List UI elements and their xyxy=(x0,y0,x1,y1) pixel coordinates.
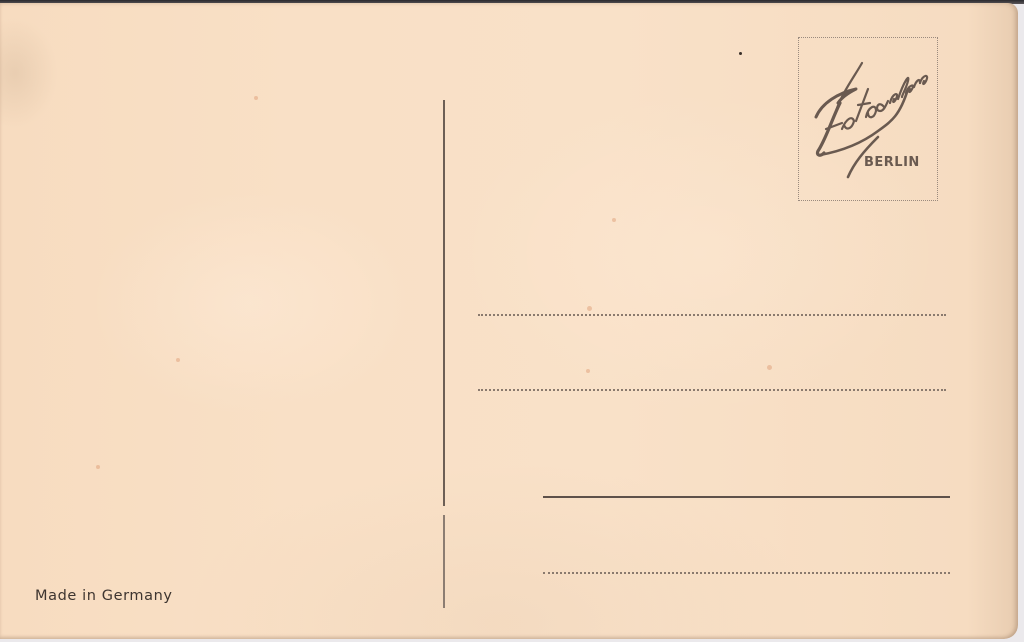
center-divider-line-lower xyxy=(443,515,445,608)
foxing-spot xyxy=(96,465,100,469)
address-line-1 xyxy=(478,314,946,316)
origin-text: Made in Germany xyxy=(35,588,173,604)
address-line-4 xyxy=(543,572,950,574)
foxing-spot xyxy=(176,358,180,362)
postcard-scan: BERLIN Made in Germany xyxy=(0,0,1024,642)
address-line-3 xyxy=(543,496,950,498)
foxing-spot xyxy=(612,218,616,222)
foxing-spot xyxy=(254,96,258,100)
foxing-spot xyxy=(767,365,772,370)
foxing-spot xyxy=(587,306,592,311)
center-divider-line xyxy=(443,100,445,506)
ink-speck xyxy=(739,52,742,55)
publisher-city: BERLIN xyxy=(864,155,920,170)
postcard-back: BERLIN Made in Germany xyxy=(0,3,1018,639)
foxing-spot xyxy=(586,369,590,373)
address-line-2 xyxy=(478,389,946,391)
